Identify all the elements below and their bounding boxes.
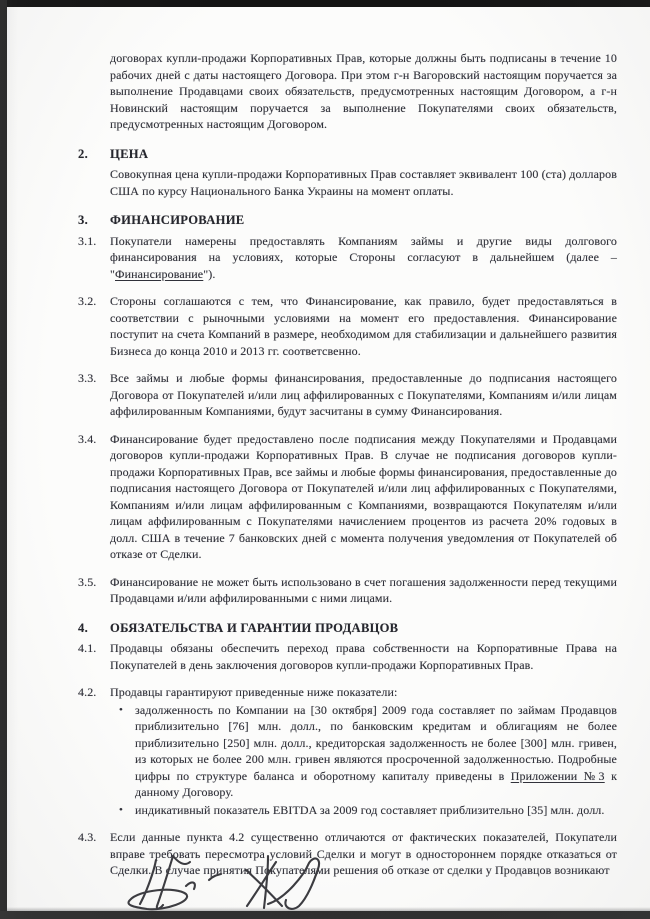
- section-2-number: 2.: [78, 146, 110, 163]
- defined-term-financing: Финансирование: [115, 267, 203, 281]
- signature-ink-marks: [116, 853, 346, 917]
- clause-3-2: 3.2. Стороны соглашаются с тем, что Фина…: [78, 293, 617, 359]
- clause-4-1-number: 4.1.: [78, 640, 110, 673]
- ink-dash: [209, 874, 221, 880]
- scan-edge-top: [0, 0, 650, 7]
- clause-2-paragraph: Совокупная цена купли-продажи Корпоратив…: [78, 166, 617, 199]
- section-2-heading: 2. ЦЕНА: [78, 146, 617, 163]
- clause-3-4-text: Финансирование будет предоставлено после…: [110, 431, 617, 563]
- clause-4-2-number: 4.2.: [78, 684, 110, 818]
- clause-3-2-number: 3.2.: [78, 293, 110, 359]
- annex-3-reference: Приложении №3: [511, 769, 605, 783]
- clause-3-5-number: 3.5.: [78, 574, 110, 607]
- clause-3-3: 3.3. Все займы и любые формы финансирова…: [78, 370, 617, 420]
- list-item: • задолженность по Компании на [30 октяб…: [110, 702, 617, 801]
- signature-area: [116, 853, 346, 917]
- clause-4-1-text: Продавцы обязаны обеспечить переход прав…: [110, 640, 617, 673]
- clause-3-5: 3.5. Финансирование не может быть исполь…: [78, 574, 617, 607]
- clause-3-3-number: 3.3.: [78, 370, 110, 420]
- clause-3-3-text: Все займы и любые формы финансирования, …: [110, 370, 617, 420]
- clause-3-4: 3.4. Финансирование будет предоставлено …: [78, 431, 617, 563]
- guarantee-list: • задолженность по Компании на [30 октяб…: [110, 702, 617, 819]
- clause-4-2-content: Продавцы гарантируют приведенные ниже по…: [110, 684, 617, 818]
- signature-right: [246, 856, 319, 909]
- bullet-icon: •: [119, 802, 135, 819]
- list-item: • индикативный показатель EBITDA за 2009…: [110, 802, 617, 819]
- clause-3-4-number: 3.4.: [78, 431, 110, 563]
- clause-2-text: Совокупная цена купли-продажи Корпоратив…: [110, 166, 617, 199]
- section-3-number: 3.: [78, 212, 110, 229]
- scanned-contract-page: договорах купли-продажи Корпоративных Пр…: [0, 0, 650, 919]
- clause-4-2: 4.2. Продавцы гарантируют приведенные ни…: [78, 684, 617, 818]
- guarantee-item-debt: задолженность по Компании на [30 октября…: [135, 702, 617, 801]
- section-3-title: ФИНАНСИРОВАНИЕ: [110, 212, 617, 229]
- bullet-icon: •: [119, 702, 135, 801]
- scan-edge-left: [0, 0, 7, 919]
- continuation-paragraph: договорах купли-продажи Корпоративных Пр…: [78, 50, 617, 133]
- clause-3-1: 3.1. Покупатели намерены предоставлять К…: [78, 233, 617, 283]
- guarantee-item-ebitda: индикативный показатель EBITDA за 2009 г…: [135, 802, 617, 819]
- section-2-title: ЦЕНА: [110, 146, 617, 163]
- section-4-number: 4.: [78, 620, 110, 637]
- clause-3-5-text: Финансирование не может быть использован…: [110, 574, 617, 607]
- section-3-heading: 3. ФИНАНСИРОВАНИЕ: [78, 212, 617, 229]
- clause-3-1-text: Покупатели намерены предоставлять Компан…: [110, 233, 617, 283]
- signature-left: [129, 856, 195, 909]
- clause-3-2-text: Стороны соглашаются с тем, что Финансиро…: [110, 293, 617, 359]
- clause-4-2-intro: Продавцы гарантируют приведенные ниже по…: [110, 684, 617, 701]
- section-4-heading: 4. ОБЯЗАТЕЛЬСТВА И ГАРАНТИИ ПРОДАВЦОВ: [78, 620, 617, 637]
- continuation-text: договорах купли-продажи Корпоративных Пр…: [110, 50, 617, 133]
- clause-4-1: 4.1. Продавцы обязаны обеспечить переход…: [78, 640, 617, 673]
- section-4-title: ОБЯЗАТЕЛЬСТВА И ГАРАНТИИ ПРОДАВЦОВ: [110, 620, 617, 637]
- paragraph-number-empty: [78, 50, 110, 133]
- contract-body: договорах купли-продажи Корпоративных Пр…: [78, 50, 617, 890]
- clause-3-1-number: 3.1.: [78, 233, 110, 283]
- clause-4-3-number: 4.3.: [78, 829, 110, 879]
